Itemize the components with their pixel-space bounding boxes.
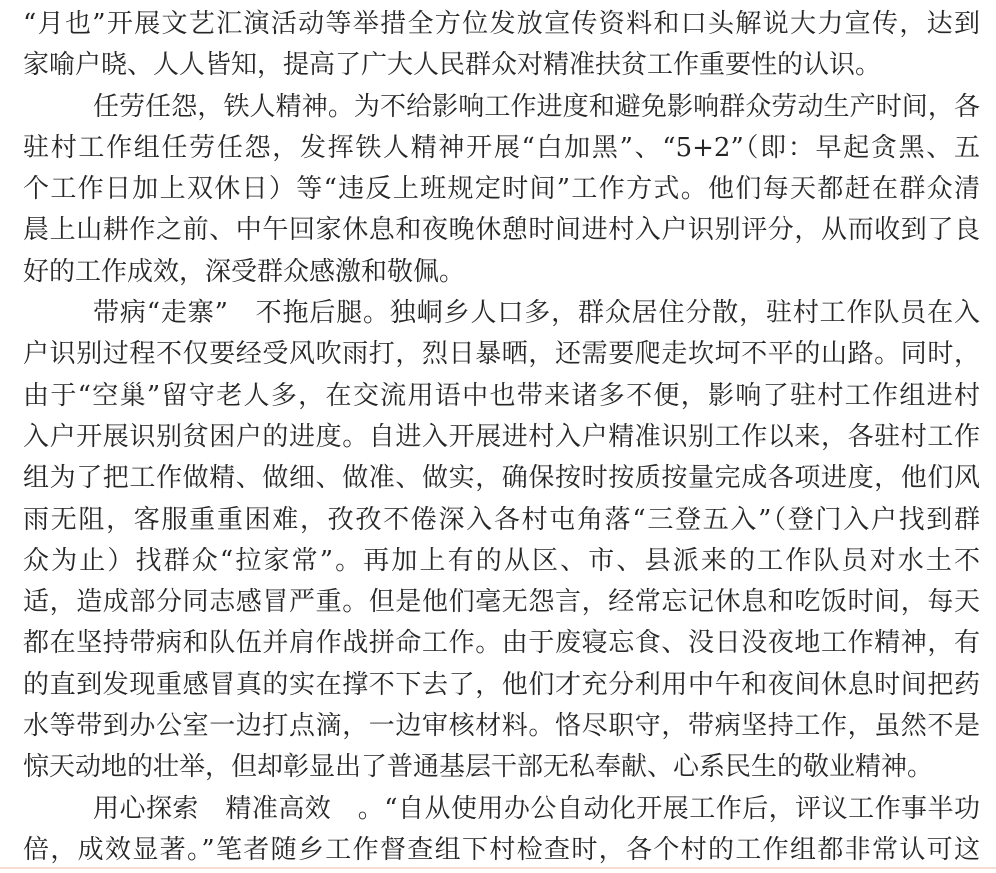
text-line: 由于“空巢”留守老人多，在交流用语中也带来诸多不便，影响了驻村工作组进村 bbox=[23, 376, 980, 417]
text-line: 倍，成效显著。”笔者随乡工作督查组下村检查时，各个村的工作组都非常认可这 bbox=[23, 830, 980, 871]
text-line: 的直到发现重感冒真的实在撑不下去了，他们才充分利用中午和夜间休息时间把药 bbox=[23, 665, 980, 706]
document-text-block: “月也”开展文艺汇演活动等举措全方位发放宣传资料和口头解说大力宣传，达到家喻户晓… bbox=[23, 4, 980, 871]
text-line: 任劳任怨，铁人精神。为不给影响工作进度和避免影响群众劳动生产时间，各 bbox=[23, 87, 980, 128]
text-line: 家喻户晓、人人皆知，提高了广大人民群众对精准扶贫工作重要性的认识。 bbox=[23, 45, 980, 86]
text-line: 都在坚持带病和队伍并肩作战拼命工作。由于废寝忘食、没日没夜地工作精神，有 bbox=[23, 623, 980, 664]
text-line: 适，造成部分同志感冒严重。但是他们毫无怨言，经常忘记休息和吃饭时间，每天 bbox=[23, 582, 980, 623]
text-line: “月也”开展文艺汇演活动等举措全方位发放宣传资料和口头解说大力宣传，达到 bbox=[23, 4, 980, 45]
text-line: 众为止）找群众“拉家常”。再加上有的从区、市、县派来的工作队员对水土不 bbox=[23, 541, 980, 582]
text-line: 户识别过程不仅要经受风吹雨打，烈日暴晒，还需要爬走坎坷不平的山路。同时， bbox=[23, 334, 980, 375]
text-line: 惊天动地的壮举，但却彰显出了普通基层干部无私奉献、心系民生的敬业精神。 bbox=[23, 747, 980, 788]
text-line: 好的工作成效，深受群众感激和敬佩。 bbox=[23, 252, 980, 293]
document-page: “月也”开展文艺汇演活动等举措全方位发放宣传资料和口头解说大力宣传，达到家喻户晓… bbox=[0, 0, 996, 873]
text-line: 个工作日加上双休日）等“违反上班规定时间”工作方式。他们每天都赶在群众清 bbox=[23, 169, 980, 210]
text-line: 驻村工作组任劳任怨，发挥铁人精神开展“白加黑”、“5+2”（即：早起贪黑、五 bbox=[23, 128, 980, 169]
page-bottom-divider bbox=[0, 867, 996, 869]
text-line: 带病“走寨” 不拖后腿。独峒乡人口多，群众居住分散，驻村工作队员在入 bbox=[23, 293, 980, 334]
text-line: 用心探索 精准高效 。“自从使用办公自动化开展工作后，评议工作事半功 bbox=[23, 789, 980, 830]
text-line: 水等带到办公室一边打点滴，一边审核材料。恪尽职守，带病坚持工作，虽然不是 bbox=[23, 706, 980, 747]
text-line: 组为了把工作做精、做细、做准、做实，确保按时按质按量完成各项进度，他们风 bbox=[23, 458, 980, 499]
text-line: 晨上山耕作之前、中午回家休息和夜晚休憩时间进村入户识别评分，从而收到了良 bbox=[23, 210, 980, 251]
text-line: 入户开展识别贫困户的进度。自进入开展进村入户精准识别工作以来，各驻村工作 bbox=[23, 417, 980, 458]
text-line: 雨无阻，客服重重困难，孜孜不倦深入各村屯角落“三登五入”（登门入户找到群 bbox=[23, 500, 980, 541]
